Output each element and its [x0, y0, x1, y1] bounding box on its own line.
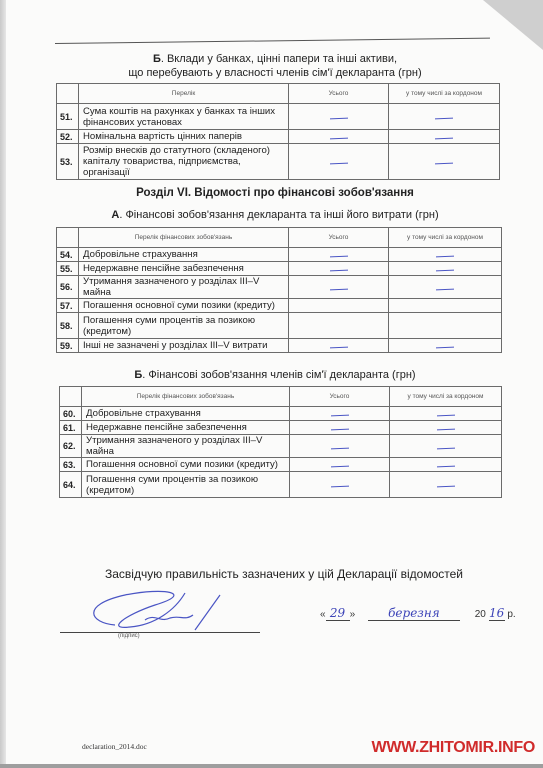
- handwritten-dash-icon: [435, 118, 453, 120]
- value-total: [289, 104, 389, 130]
- row-label: Утримання зазначеного у розділах III–V м…: [82, 435, 290, 458]
- liabilities-a-title: А. Фінансові зобов'язання декларанта та …: [60, 208, 490, 222]
- value-abroad: [389, 299, 502, 313]
- liabilities-b-text: . Фінансові зобов'язання членів сім'ї де…: [142, 369, 415, 381]
- value-abroad: [390, 458, 502, 472]
- value-total: [289, 313, 389, 339]
- year-unit: р.: [507, 609, 515, 620]
- table-row: 51.Сума коштів на рахунках у банках та і…: [57, 104, 500, 130]
- handwritten-dash-icon: [436, 256, 454, 258]
- value-total: [289, 299, 389, 313]
- row-label: Недержавне пенсійне забезпечення: [79, 262, 289, 276]
- row-label: Погашення основної суми позики (кредиту): [79, 299, 289, 313]
- signature-scribble-icon: [85, 585, 260, 635]
- row-label: Погашення суми процентів за позикою (кре…: [82, 472, 290, 498]
- handwritten-dash-icon: [436, 447, 454, 449]
- col-list: Перелік фінансових зобов'язань: [82, 387, 290, 407]
- value-total: [290, 407, 390, 421]
- assets-title-prefix: Б: [153, 53, 161, 65]
- table-header-row: Перелік фінансових зобов'язань Усього у …: [60, 387, 502, 407]
- handwritten-dash-icon: [329, 256, 347, 258]
- page-corner-fold: [483, 0, 543, 50]
- handwritten-dash-icon: [436, 415, 454, 417]
- value-total: [289, 130, 389, 144]
- table-row: 55.Недержавне пенсійне забезпечення: [57, 262, 502, 276]
- handwritten-dash-icon: [329, 138, 347, 140]
- handwritten-dash-icon: [329, 270, 347, 272]
- row-label: Інші не зазначені у розділах III–V витра…: [79, 339, 289, 353]
- col-total: Усього: [289, 228, 389, 248]
- handwritten-dash-icon: [436, 270, 454, 272]
- assets-title-line1: . Вклади у банках, цінні папери та інші …: [161, 53, 397, 65]
- table-row: 52.Номінальна вартість цінних паперів: [57, 130, 500, 144]
- row-label: Недержавне пенсійне забезпечення: [82, 421, 290, 435]
- col-total: Усього: [289, 84, 389, 104]
- table-row: 61.Недержавне пенсійне забезпечення: [60, 421, 502, 435]
- row-number: 57.: [57, 299, 79, 313]
- value-abroad: [390, 421, 502, 435]
- site-watermark: WWW.ZHITOMIR.INFO: [372, 739, 535, 757]
- value-abroad: [390, 407, 502, 421]
- row-label: Утримання зазначеного у розділах III–V м…: [79, 276, 289, 299]
- value-total: [289, 276, 389, 299]
- assets-title-line2: що перебувають у власності членів сім'ї …: [60, 66, 490, 80]
- table-row: 58.Погашення суми процентів за позикою (…: [57, 313, 502, 339]
- value-total: [289, 248, 389, 262]
- date-month: березня: [368, 606, 460, 621]
- table-row: 60.Добровільне страхування: [60, 407, 502, 421]
- row-number: 58.: [57, 313, 79, 339]
- table-row: 62.Утримання зазначеного у розділах III–…: [60, 435, 502, 458]
- value-abroad: [389, 248, 502, 262]
- value-abroad: [389, 104, 500, 130]
- handwritten-dash-icon: [330, 415, 348, 417]
- row-label: Сума коштів на рахунках у банках та інши…: [79, 104, 289, 130]
- value-total: [290, 458, 390, 472]
- handwritten-dash-icon: [436, 429, 454, 431]
- row-label: Погашення суми процентів за позикою (кре…: [79, 313, 289, 339]
- table-row: 57.Погашення основної суми позики (креди…: [57, 299, 502, 313]
- row-number: 54.: [57, 248, 79, 262]
- handwritten-dash-icon: [330, 447, 348, 449]
- row-number: 51.: [57, 104, 79, 130]
- row-label: Погашення основної суми позики (кредиту): [82, 458, 290, 472]
- row-label: Розмір внесків до статутного (складеного…: [79, 144, 289, 180]
- table-row: 64.Погашення суми процентів за позикою (…: [60, 472, 502, 498]
- table-row: 59.Інші не зазначені у розділах III–V ви…: [57, 339, 502, 353]
- row-number: 55.: [57, 262, 79, 276]
- row-number: 56.: [57, 276, 79, 299]
- row-label: Добровільне страхування: [79, 248, 289, 262]
- value-total: [289, 144, 389, 180]
- signature-caption: (підпис): [118, 633, 140, 639]
- row-number: 60.: [60, 407, 82, 421]
- assets-section-title: Б. Вклади у банках, цінні папери та інші…: [60, 52, 490, 80]
- handwritten-dash-icon: [329, 347, 347, 349]
- handwritten-dash-icon: [329, 118, 347, 120]
- handwritten-dash-icon: [435, 138, 453, 140]
- table-row: 63.Погашення основної суми позики (креди…: [60, 458, 502, 472]
- col-list: Перелік фінансових зобов'язань: [79, 228, 289, 248]
- handwritten-dash-icon: [436, 347, 454, 349]
- value-total: [289, 339, 389, 353]
- handwritten-dash-icon: [436, 486, 454, 488]
- date-line: «29» березня 20 16 р.: [320, 606, 516, 621]
- value-abroad: [389, 130, 500, 144]
- assets-table: Перелік Усього у тому числі за кордоном …: [56, 83, 500, 180]
- col-abroad: у тому числі за кордоном: [389, 84, 500, 104]
- liabilities-b-title: Б. Фінансові зобов'язання членів сім'ї д…: [60, 368, 490, 382]
- table-row: 53.Розмір внесків до статутного (складен…: [57, 144, 500, 180]
- col-list: Перелік: [79, 84, 289, 104]
- table-header-row: Перелік фінансових зобов'язань Усього у …: [57, 228, 502, 248]
- handwritten-dash-icon: [435, 163, 453, 165]
- signature-underline: [60, 632, 260, 633]
- value-abroad: [389, 339, 502, 353]
- row-label: Номінальна вартість цінних паперів: [79, 130, 289, 144]
- row-number: 53.: [57, 144, 79, 180]
- col-total: Усього: [290, 387, 390, 407]
- table-row: 54.Добровільне страхування: [57, 248, 502, 262]
- row-number: 64.: [60, 472, 82, 498]
- value-abroad: [389, 276, 502, 299]
- liabilities-b-table: Перелік фінансових зобов'язань Усього у …: [59, 386, 502, 498]
- row-number: 59.: [57, 339, 79, 353]
- col-number: [57, 84, 79, 104]
- handwritten-dash-icon: [330, 466, 348, 468]
- value-abroad: [389, 144, 500, 180]
- scan-bottom-edge: [0, 764, 543, 768]
- year-prefix: 20: [475, 609, 486, 620]
- year-suffix: 16: [489, 606, 505, 621]
- value-total: [290, 421, 390, 435]
- value-total: [290, 472, 390, 498]
- value-abroad: [390, 472, 502, 498]
- handwritten-dash-icon: [436, 288, 454, 290]
- handwritten-dash-icon: [329, 288, 347, 290]
- col-number: [57, 228, 79, 248]
- row-number: 52.: [57, 130, 79, 144]
- col-abroad: у тому числі за кордоном: [390, 387, 502, 407]
- row-number: 61.: [60, 421, 82, 435]
- handwritten-dash-icon: [329, 163, 347, 165]
- col-number: [60, 387, 82, 407]
- table-row: 56.Утримання зазначеного у розділах III–…: [57, 276, 502, 299]
- value-total: [290, 435, 390, 458]
- liabilities-a-text: . Фінансові зобов'язання декларанта та і…: [119, 209, 438, 221]
- liabilities-a-table: Перелік фінансових зобов'язань Усього у …: [56, 227, 502, 353]
- value-abroad: [390, 435, 502, 458]
- date-day: 29: [326, 606, 350, 621]
- footer-filename: declaration_2014.doc: [82, 742, 147, 751]
- attestation-statement: Засвідчую правильність зазначених у цій …: [105, 567, 463, 581]
- handwritten-dash-icon: [330, 486, 348, 488]
- handwritten-dash-icon: [330, 429, 348, 431]
- table-header-row: Перелік Усього у тому числі за кордоном: [57, 84, 500, 104]
- row-label: Добровільне страхування: [82, 407, 290, 421]
- handwritten-dash-icon: [436, 466, 454, 468]
- section-vi-title: Розділ VI. Відомості про фінансові зобов…: [60, 186, 490, 200]
- col-abroad: у тому числі за кордоном: [389, 228, 502, 248]
- row-number: 62.: [60, 435, 82, 458]
- value-abroad: [389, 262, 502, 276]
- value-total: [289, 262, 389, 276]
- value-abroad: [389, 313, 502, 339]
- row-number: 63.: [60, 458, 82, 472]
